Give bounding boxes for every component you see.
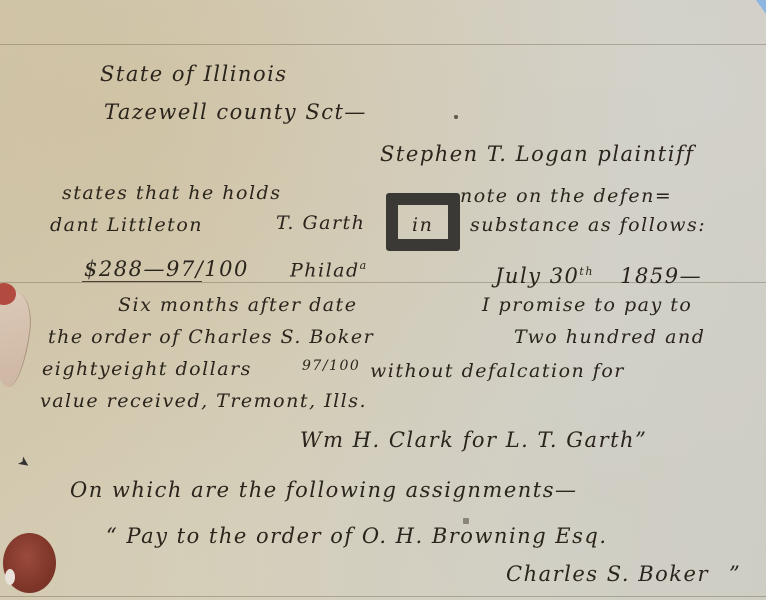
note-place-superscript: a [360, 259, 368, 272]
highlight-box [386, 193, 460, 251]
plaintiff-line: Stephen T. Logan plaintiff [380, 142, 695, 166]
assignment-signer-name: Charles S. Boker [506, 562, 709, 586]
note-line-3a: eightyeight dollars [42, 358, 252, 380]
note-place-text: Philad [290, 259, 360, 281]
document-page: ➤ State of Illinois Tazewell county Sct—… [0, 0, 766, 600]
heading-state: State of Illinois [100, 62, 288, 86]
wax-seal-bottom [3, 533, 56, 593]
note-line-2b: Two hundred and [514, 326, 705, 348]
note-date-superscript: th [579, 265, 594, 278]
body-line-3d: substance as follows: [470, 214, 706, 236]
assignment-1-signer: Charles S. Boker” [506, 562, 741, 586]
fold-line [0, 44, 766, 45]
note-date-year: 1859— [620, 264, 702, 288]
arrow-mark-icon: ➤ [14, 453, 33, 473]
closing-quote: ” [729, 562, 741, 586]
defendant-name: T. Garth [276, 212, 365, 234]
note-amount-cents: 97/100 [166, 257, 249, 281]
note-line-3-fraction: 97/100 [302, 358, 360, 374]
body-line-2a: states that he holds [62, 182, 281, 204]
note-line-1a: Six months after date [118, 294, 357, 316]
note-date-day: July 30 [495, 264, 579, 288]
note-signature: Wm H. Clark for L. T. Garth” [300, 428, 647, 452]
note-line-3b: without defalcation for [370, 360, 625, 382]
note-line-1b: I promise to pay to [482, 294, 692, 316]
assignment-1: “ Pay to the order of O. H. Browning Esq… [106, 524, 608, 548]
note-place: Philada [290, 259, 368, 281]
body-line-2b: note on the defen= [460, 185, 672, 207]
note-amount: $288—97/100 [84, 257, 249, 281]
note-line-4: value received, Tremont, Ills. [40, 390, 367, 412]
body-line-3a: dant Littleton [50, 214, 203, 236]
note-amount-dollars: $288— [84, 257, 166, 281]
amount-underline [82, 281, 202, 282]
assignments-intro: On which are the following assignments— [70, 478, 578, 502]
ink-speck [454, 115, 458, 119]
note-date: July 30th 1859— [495, 264, 702, 288]
fold-line [0, 596, 766, 597]
background-corner [756, 0, 766, 14]
heading-county: Tazewell county Sct— [104, 100, 367, 124]
note-line-2a: the order of Charles S. Boker [48, 326, 374, 348]
